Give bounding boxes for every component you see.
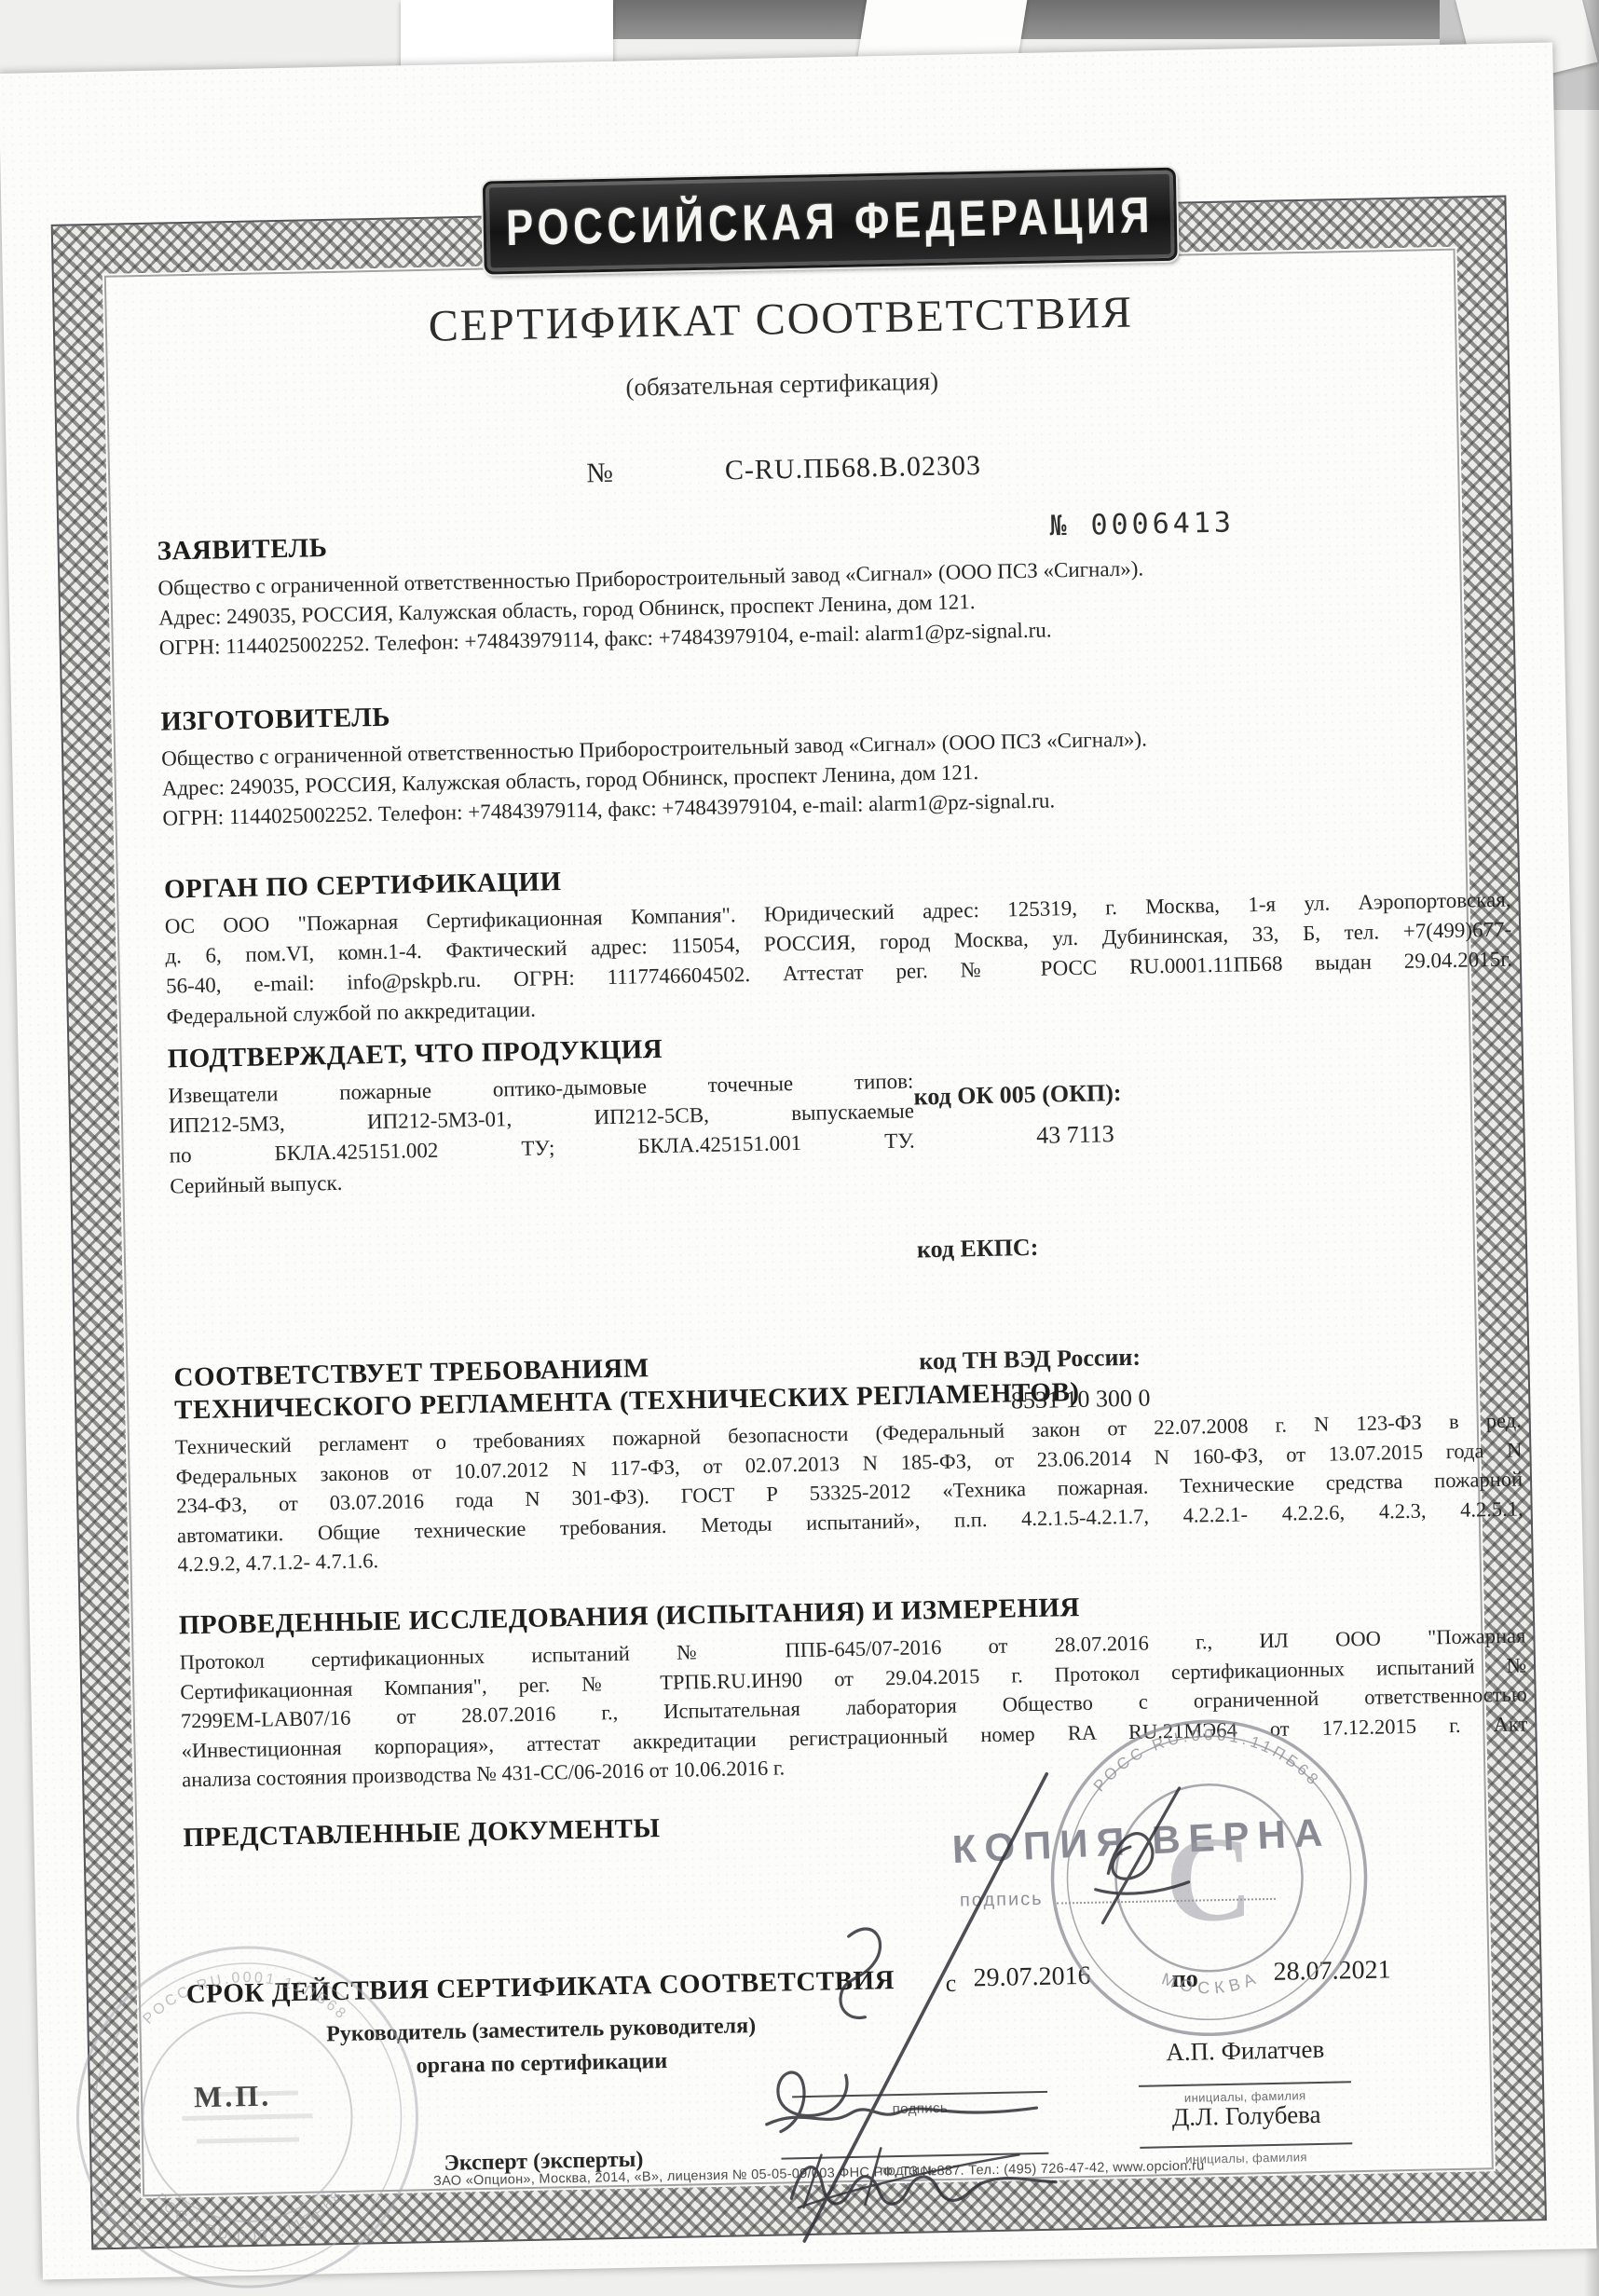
left-stamp-ring-text-bottom: РОСС RU.0001.11ПБ68 <box>151 2187 348 2247</box>
stamp-center-letter: С <box>1164 1811 1254 1947</box>
section-certification-body: ОРГАН ПО СЕРТИФИКАЦИИ ОС ООО "Пожарная С… <box>164 848 1513 1032</box>
stamp-signature-label: подпись <box>960 1889 1044 1912</box>
scanned-certificate-page: { "banner": "РОССИЙСКАЯ ФЕДЕРАЦИЯ", "tit… <box>0 0 1599 2296</box>
certificate-number-value: С-RU.ПБ68.В.02303 <box>725 450 982 487</box>
section-conformity: СООТВЕТСТВУЕТ ТРЕБОВАНИЯМ ТЕХНИЧЕСКОГО Р… <box>173 1335 1524 1578</box>
header-banner: РОССИЙСКАЯ ФЕДЕРАЦИЯ <box>483 168 1178 275</box>
seal-place-label: М.П. <box>194 2079 272 2115</box>
svg-text:РОСС RU.0001.11ПБ68: РОСС RU.0001.11ПБ68 <box>151 2187 348 2247</box>
certificate-sheet: РОССИЙСКАЯ ФЕДЕРАЦИЯ СЕРТИФИКАТ СООТВЕТС… <box>0 43 1597 2280</box>
section-applicant: ЗАЯВИТЕЛЬ Общество с ограниченной ответс… <box>157 510 1505 664</box>
expert-name: Д.Л. Голубева <box>1111 2099 1382 2134</box>
round-stamp-left: РОСС RU.0001.11ПБ68 РОСС RU.0001.11ПБ68 <box>62 1932 433 2296</box>
section-product: ПОДТВЕРЖДАЕТ, ЧТО ПРОДУКЦИЯ Извещатели п… <box>167 1018 1516 1202</box>
scan-paper-strip <box>401 0 613 71</box>
round-stamp-right: РОСС RU.0001.11ПБ68 МОСКВА С <box>1038 1707 1380 2049</box>
section-manufacturer: ИЗГОТОВИТЕЛЬ Общество с ограниченной отв… <box>160 680 1509 835</box>
banner-title: РОССИЙСКАЯ ФЕДЕРАЦИЯ <box>506 184 1155 257</box>
validity-from-label: с <box>945 1970 956 1998</box>
certificate-number-label: № <box>586 458 613 490</box>
caption-signature: подпись <box>850 2099 990 2118</box>
left-stamp-ring-text-top: РОСС RU.0001.11ПБ68 <box>139 1968 350 2028</box>
svg-text:РОСС RU.0001.11ПБ68: РОСС RU.0001.11ПБ68 <box>139 1968 350 2028</box>
